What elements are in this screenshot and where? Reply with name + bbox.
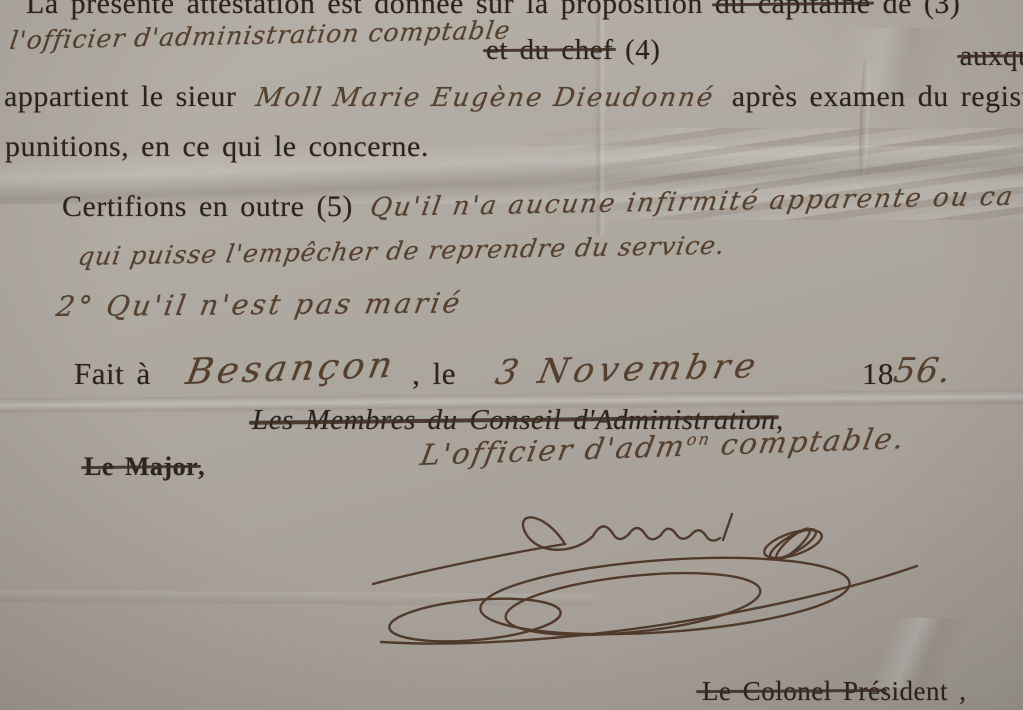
le-major-line: Le Major,: [84, 452, 205, 482]
fait-a-text: Fait à: [74, 356, 151, 391]
ref-4: (4): [613, 34, 660, 66]
paper-tear: [858, 58, 871, 176]
struck-et-du-chef: et du chef: [486, 34, 613, 66]
struck-le-major: Le Major: [84, 452, 198, 481]
certifions-text: Certifions en outre (5): [62, 190, 353, 223]
struck-du-capitaine: du capitaine: [715, 0, 871, 20]
colonel-president-line: Le Colonel Président ,: [702, 676, 966, 707]
struck-le-colonel-president: Le Colonel Président ,: [702, 676, 966, 706]
handwritten-officier-comptable: l'officier d'administration comptable: [8, 16, 513, 55]
appartient-line: appartient le sieur Moll Marie Eugène Di…: [4, 80, 1023, 114]
empecher-line: qui puisse l'empêcher de reprendre du se…: [76, 242, 721, 272]
proposition-ref: de (3): [871, 0, 961, 20]
handwritten-infirmite: Qu'il n'a aucune infirmité apparente ou …: [368, 182, 1017, 223]
document-photo: La présente attestation est donnée sur l…: [0, 0, 1023, 710]
le-text: , le: [412, 356, 456, 391]
handwritten-pas-marie: 2° Qu'il n'est pas marié: [54, 286, 465, 323]
handwritten-year-56: 56.: [891, 351, 954, 391]
proposition-text: La présente attestation est donnée sur l…: [26, 0, 715, 20]
comptable-text: comptable.: [707, 421, 909, 462]
struck-auxqu: auxqu: [960, 40, 1023, 72]
officier-administration-line: l'officier d'administration comptable: [8, 26, 507, 56]
et-du-chef-line: et du chef (4): [486, 34, 660, 67]
auxqu-fragment: auxqu: [960, 40, 1023, 73]
handwritten-name-moll: Moll Marie Eugène Dieudonné: [254, 83, 717, 113]
punitions-text: punitions, en ce qui le concerne.: [5, 130, 429, 163]
handwritten-place-besancon: Besançon: [183, 345, 400, 393]
punitions-line: punitions, en ce qui le concerne.: [5, 130, 429, 164]
appartient-text: appartient le sieur: [4, 80, 236, 113]
year-printed-18: 18: [862, 356, 894, 391]
signature-flourish: [365, 492, 925, 652]
handwritten-date: 3 Novembre: [492, 346, 764, 393]
certifions-line: Certifions en outre (5) Qu'il n'a aucune…: [62, 190, 1010, 224]
fait-a-line: Fait à Besançon , le 3 Novembre 1856.: [74, 352, 951, 393]
officier-adm-comptable-line: L'officier d'admon comptable.: [418, 438, 899, 473]
handwritten-empecher-service: qui puisse l'empêcher de reprendre du se…: [76, 231, 728, 271]
apres-examen-text: après examen du registre: [732, 80, 1023, 113]
pas-marie-line: 2° Qu'il n'est pas marié: [54, 290, 459, 324]
